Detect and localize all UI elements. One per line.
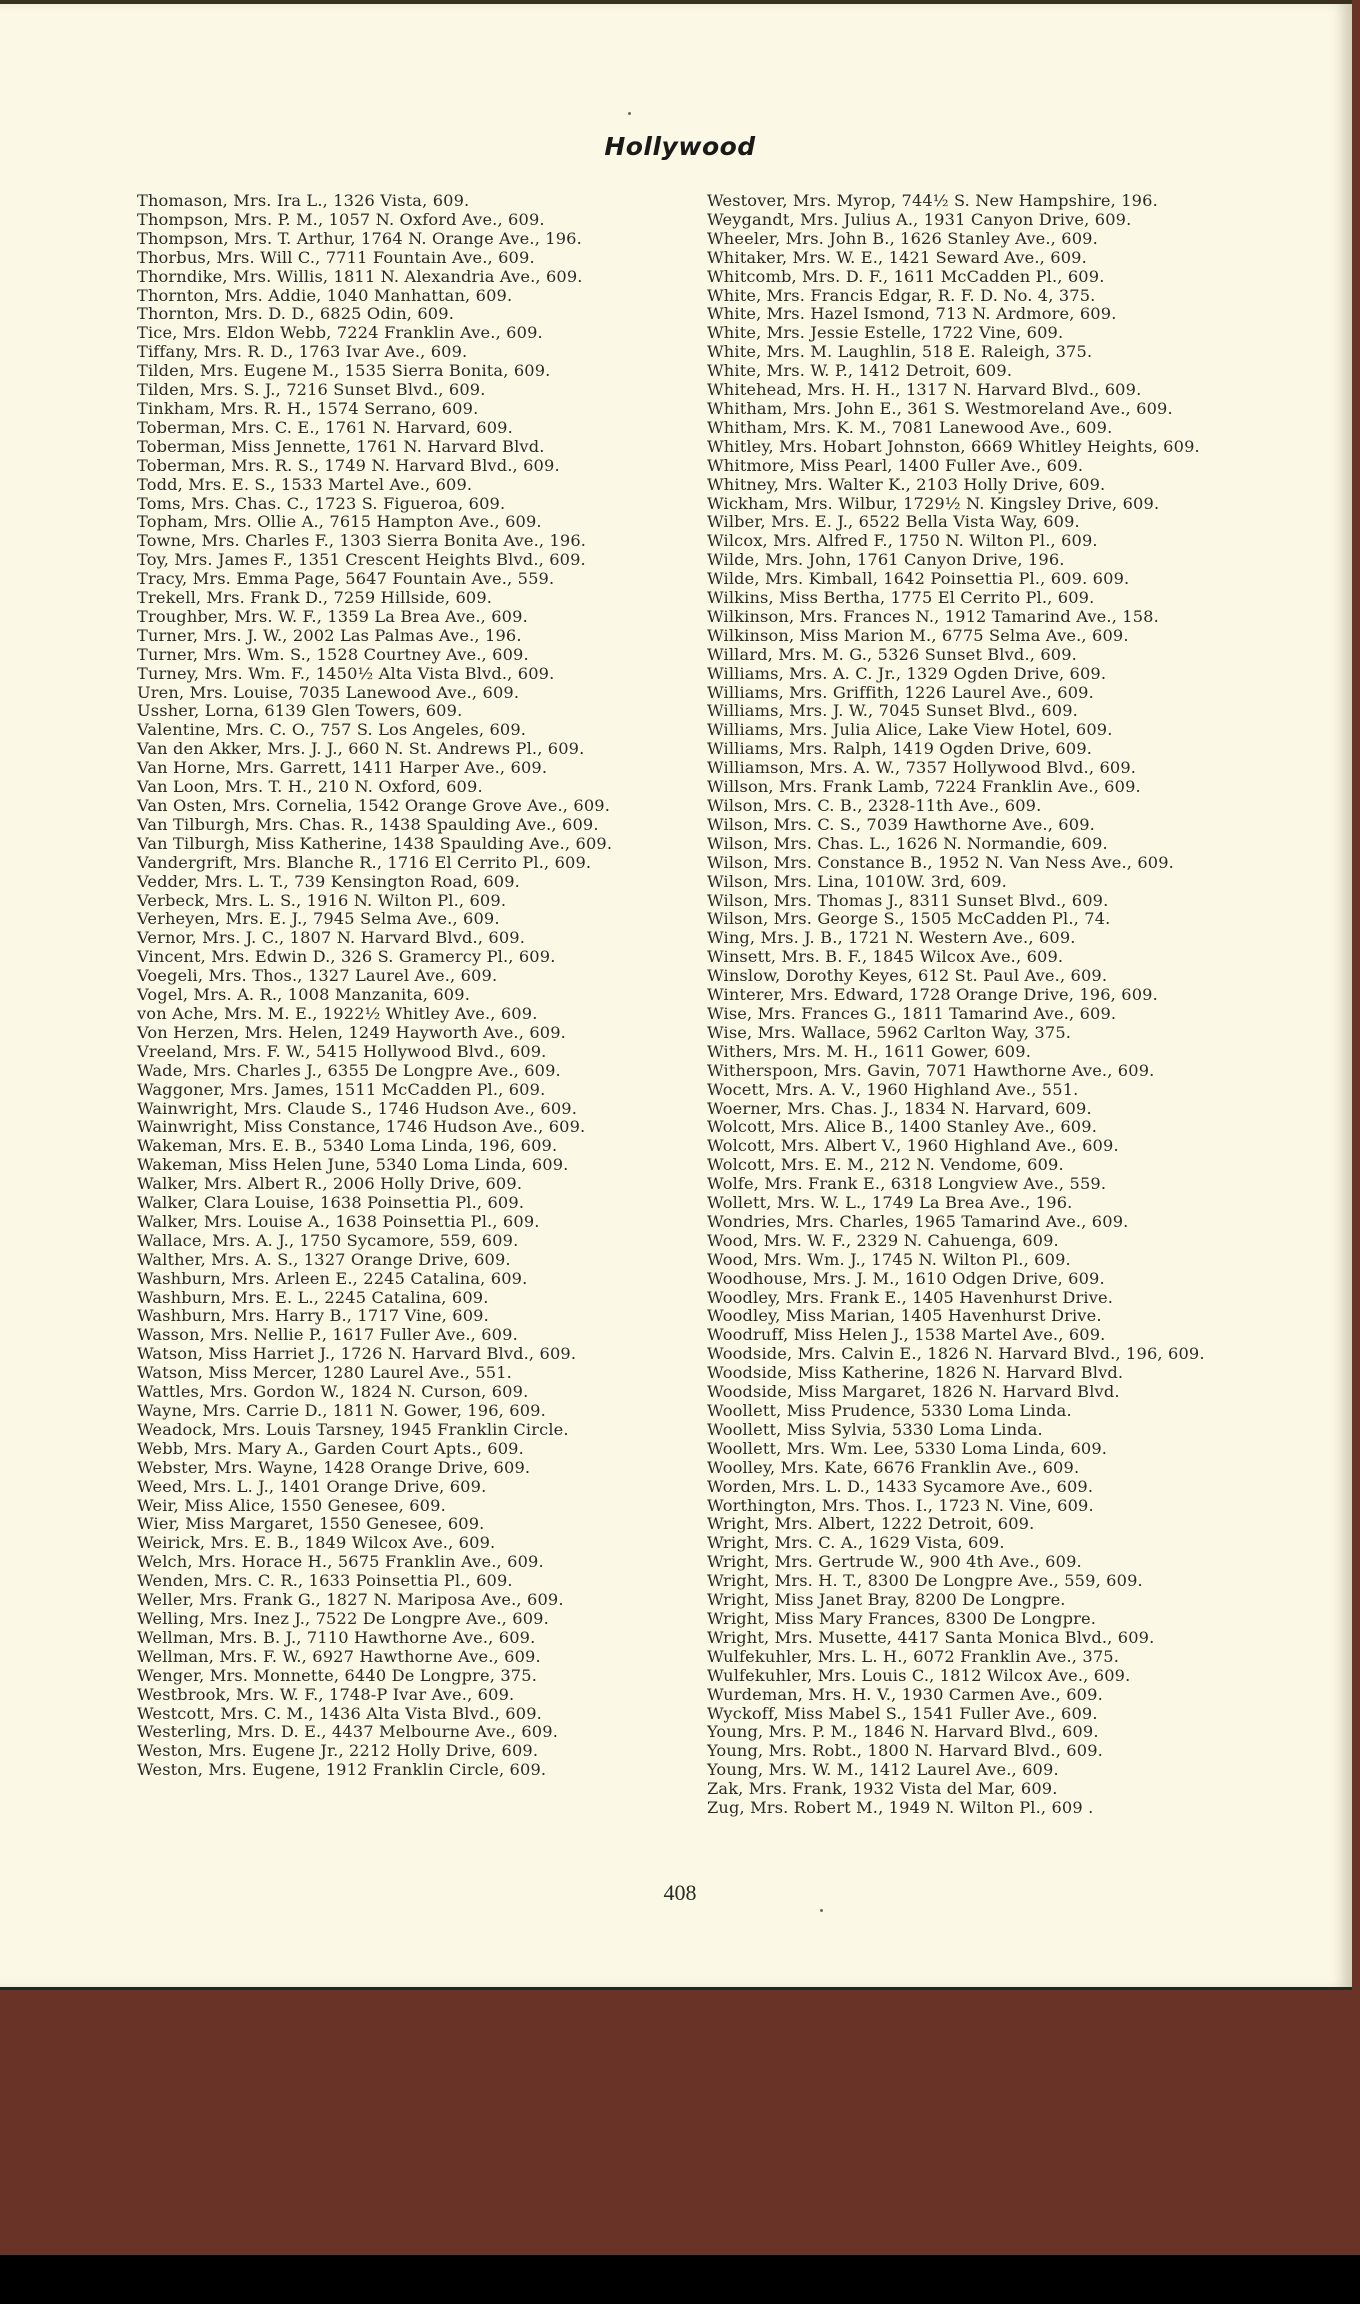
directory-entry: Zug, Mrs. Robert M., 1949 N. Wilton Pl.,… (707, 1799, 1252, 1818)
directory-entry: Tracy, Mrs. Emma Page, 5647 Fountain Ave… (137, 570, 687, 589)
directory-entry: Wise, Mrs. Frances G., 1811 Tamarind Ave… (707, 1005, 1252, 1024)
directory-entry: Wright, Mrs. Gertrude W., 900 4th Ave., … (707, 1553, 1252, 1572)
directory-entry: Winterer, Mrs. Edward, 1728 Orange Drive… (707, 986, 1252, 1005)
directory-entry: Toberman, Mrs. R. S., 1749 N. Harvard Bl… (137, 457, 687, 476)
directory-entry: Wilber, Mrs. E. J., 6522 Bella Vista Way… (707, 513, 1252, 532)
directory-entry: Wolfe, Mrs. Frank E., 6318 Longview Ave.… (707, 1175, 1252, 1194)
directory-entry: Wilson, Mrs. Lina, 1010W. 3rd, 609. (707, 873, 1252, 892)
directory-entry: Woodruff, Miss Helen J., 1538 Martel Ave… (707, 1326, 1252, 1345)
directory-entry: Webb, Mrs. Mary A., Garden Court Apts., … (137, 1440, 687, 1459)
directory-entry: Thompson, Mrs. P. M., 1057 N. Oxford Ave… (137, 211, 687, 230)
directory-entry: Wheeler, Mrs. John B., 1626 Stanley Ave.… (707, 230, 1252, 249)
directory-entry: Turner, Mrs. Wm. S., 1528 Courtney Ave.,… (137, 646, 687, 665)
directory-entry: Wilkins, Miss Bertha, 1775 El Cerrito Pl… (707, 589, 1252, 608)
directory-entry: Westerling, Mrs. D. E., 4437 Melbourne A… (137, 1723, 687, 1742)
directory-entry: Vogel, Mrs. A. R., 1008 Manzanita, 609. (137, 986, 687, 1005)
directory-entry: Trekell, Mrs. Frank D., 7259 Hillside, 6… (137, 589, 687, 608)
directory-entry: Woerner, Mrs. Chas. J., 1834 N. Harvard,… (707, 1100, 1252, 1119)
directory-entry: Williams, Mrs. Julia Alice, Lake View Ho… (707, 721, 1252, 740)
directory-entry: Wellman, Mrs. F. W., 6927 Hawthorne Ave.… (137, 1648, 687, 1667)
directory-entry: White, Mrs. Francis Edgar, R. F. D. No. … (707, 287, 1252, 306)
directory-entry: Wright, Mrs. H. T., 8300 De Longpre Ave.… (707, 1572, 1252, 1591)
directory-entry: Wright, Miss Janet Bray, 8200 De Longpre… (707, 1591, 1252, 1610)
directory-entry: Welch, Mrs. Horace H., 5675 Franklin Ave… (137, 1553, 687, 1572)
directory-entry: Young, Mrs. P. M., 1846 N. Harvard Blvd.… (707, 1723, 1252, 1742)
directory-entry: Verbeck, Mrs. L. S., 1916 N. Wilton Pl.,… (137, 892, 687, 911)
directory-entry: Woodhouse, Mrs. J. M., 1610 Odgen Drive,… (707, 1270, 1252, 1289)
directory-entry: Wellman, Mrs. B. J., 7110 Hawthorne Ave.… (137, 1629, 687, 1648)
directory-entry: Wocett, Mrs. A. V., 1960 Highland Ave., … (707, 1081, 1252, 1100)
directory-entry: Williams, Mrs. Ralph, 1419 Ogden Drive, … (707, 740, 1252, 759)
directory-entry: Waggoner, Mrs. James, 1511 McCadden Pl.,… (137, 1081, 687, 1100)
directory-entry: Weed, Mrs. L. J., 1401 Orange Drive, 609… (137, 1478, 687, 1497)
directory-entry: Weadock, Mrs. Louis Tarsney, 1945 Frankl… (137, 1421, 687, 1440)
directory-entry: Woollett, Miss Sylvia, 5330 Loma Linda. (707, 1421, 1252, 1440)
directory-entry: Willard, Mrs. M. G., 5326 Sunset Blvd., … (707, 646, 1252, 665)
directory-entry: Tice, Mrs. Eldon Webb, 7224 Franklin Ave… (137, 324, 687, 343)
directory-entry: Westover, Mrs. Myrop, 744½ S. New Hampsh… (707, 192, 1252, 211)
directory-entry: Wenden, Mrs. C. R., 1633 Poinsettia Pl.,… (137, 1572, 687, 1591)
directory-entry: Towne, Mrs. Charles F., 1303 Sierra Boni… (137, 532, 687, 551)
directory-entry: von Ache, Mrs. M. E., 1922½ Whitley Ave.… (137, 1005, 687, 1024)
directory-entry: Toberman, Miss Jennette, 1761 N. Harvard… (137, 438, 687, 457)
directory-entry: Valentine, Mrs. C. O., 757 S. Los Angele… (137, 721, 687, 740)
directory-entry: Wilcox, Mrs. Alfred F., 1750 N. Wilton P… (707, 532, 1252, 551)
directory-entry: Young, Mrs. W. M., 1412 Laurel Ave., 609… (707, 1761, 1252, 1780)
directory-entry: Woollett, Mrs. Wm. Lee, 5330 Loma Linda,… (707, 1440, 1252, 1459)
directory-entry: Thornton, Mrs. Addie, 1040 Manhattan, 60… (137, 287, 687, 306)
directory-entry: Woolley, Mrs. Kate, 6676 Franklin Ave., … (707, 1459, 1252, 1478)
directory-entry: Wattles, Mrs. Gordon W., 1824 N. Curson,… (137, 1383, 687, 1402)
directory-entry: Thorndike, Mrs. Willis, 1811 N. Alexandr… (137, 268, 687, 287)
directory-entry: Uren, Mrs. Louise, 7035 Lanewood Ave., 6… (137, 684, 687, 703)
directory-entry: Vedder, Mrs. L. T., 739 Kensington Road,… (137, 873, 687, 892)
directory-entry: Washburn, Mrs. Arleen E., 2245 Catalina,… (137, 1270, 687, 1289)
directory-entry: Whitley, Mrs. Hobart Johnston, 6669 Whit… (707, 438, 1252, 457)
directory-entry: Watson, Miss Harriet J., 1726 N. Harvard… (137, 1345, 687, 1364)
directory-entry: Weygandt, Mrs. Julius A., 1931 Canyon Dr… (707, 211, 1252, 230)
directory-entry: Tilden, Mrs. Eugene M., 1535 Sierra Boni… (137, 362, 687, 381)
directory-entry: Willson, Mrs. Frank Lamb, 7224 Franklin … (707, 778, 1252, 797)
directory-entry: Van Loon, Mrs. T. H., 210 N. Oxford, 609… (137, 778, 687, 797)
directory-entry: Woodside, Mrs. Calvin E., 1826 N. Harvar… (707, 1345, 1252, 1364)
directory-entry: Thompson, Mrs. T. Arthur, 1764 N. Orange… (137, 230, 687, 249)
directory-entry: Whitney, Mrs. Walter K., 2103 Holly Driv… (707, 476, 1252, 495)
directory-entry: Wright, Miss Mary Frances, 8300 De Longp… (707, 1610, 1252, 1629)
directory-entry: Thornton, Mrs. D. D., 6825 Odin, 609. (137, 305, 687, 324)
directory-entry: Worden, Mrs. L. D., 1433 Sycamore Ave., … (707, 1478, 1252, 1497)
directory-entry: Whitcomb, Mrs. D. F., 1611 McCadden Pl.,… (707, 268, 1252, 287)
directory-entry: Van Horne, Mrs. Garrett, 1411 Harper Ave… (137, 759, 687, 778)
directory-entry: Woodley, Mrs. Frank E., 1405 Havenhurst … (707, 1289, 1252, 1308)
directory-entry: Wade, Mrs. Charles J., 6355 De Longpre A… (137, 1062, 687, 1081)
directory-entry: Whitaker, Mrs. W. E., 1421 Seward Ave., … (707, 249, 1252, 268)
directory-entry: Wolcott, Mrs. Alice B., 1400 Stanley Ave… (707, 1118, 1252, 1137)
directory-entry: Weller, Mrs. Frank G., 1827 N. Mariposa … (137, 1591, 687, 1610)
directory-entry: Webster, Mrs. Wayne, 1428 Orange Drive, … (137, 1459, 687, 1478)
directory-entry: Withers, Mrs. M. H., 1611 Gower, 609. (707, 1043, 1252, 1062)
directory-entry: Young, Mrs. Robt., 1800 N. Harvard Blvd.… (707, 1742, 1252, 1761)
directory-entry: Weston, Mrs. Eugene Jr., 2212 Holly Driv… (137, 1742, 687, 1761)
directory-entry: Wilson, Mrs. Thomas J., 8311 Sunset Blvd… (707, 892, 1252, 911)
directory-entry: Wayne, Mrs. Carrie D., 1811 N. Gower, 19… (137, 1402, 687, 1421)
directory-entry: Woollett, Miss Prudence, 5330 Loma Linda… (707, 1402, 1252, 1421)
directory-entry: Wasson, Mrs. Nellie P., 1617 Fuller Ave.… (137, 1326, 687, 1345)
ink-speck (628, 112, 631, 115)
directory-entry: Wood, Mrs. Wm. J., 1745 N. Wilton Pl., 6… (707, 1251, 1252, 1270)
directory-entry: Tilden, Mrs. S. J., 7216 Sunset Blvd., 6… (137, 381, 687, 400)
directory-entry: Todd, Mrs. E. S., 1533 Martel Ave., 609. (137, 476, 687, 495)
directory-entry: Walker, Mrs. Louise A., 1638 Poinsettia … (137, 1213, 687, 1232)
directory-entry: Wood, Mrs. W. F., 2329 N. Cahuenga, 609. (707, 1232, 1252, 1251)
directory-entry: Woodside, Miss Katherine, 1826 N. Harvar… (707, 1364, 1252, 1383)
directory-entry: Von Herzen, Mrs. Helen, 1249 Hayworth Av… (137, 1024, 687, 1043)
directory-column-left: Thomason, Mrs. Ira L., 1326 Vista, 609.T… (137, 192, 687, 1780)
directory-entry: Whitham, Mrs. K. M., 7081 Lanewood Ave.,… (707, 419, 1252, 438)
directory-entry: Wright, Mrs. Albert, 1222 Detroit, 609. (707, 1515, 1252, 1534)
directory-column-right: Westover, Mrs. Myrop, 744½ S. New Hampsh… (707, 192, 1252, 1818)
directory-entry: Voegeli, Mrs. Thos., 1327 Laurel Ave., 6… (137, 967, 687, 986)
directory-entry: Turner, Mrs. J. W., 2002 Las Palmas Ave.… (137, 627, 687, 646)
directory-entry: Van Tilburgh, Miss Katherine, 1438 Spaul… (137, 835, 687, 854)
directory-entry: Wainwright, Mrs. Claude S., 1746 Hudson … (137, 1100, 687, 1119)
directory-entry: Wondries, Mrs. Charles, 1965 Tamarind Av… (707, 1213, 1252, 1232)
directory-entry: Whitehead, Mrs. H. H., 1317 N. Harvard B… (707, 381, 1252, 400)
page-title: Hollywood (0, 132, 1360, 161)
directory-entry: Weston, Mrs. Eugene, 1912 Franklin Circl… (137, 1761, 687, 1780)
directory-entry: Wainwright, Miss Constance, 1746 Hudson … (137, 1118, 687, 1137)
directory-entry: Walther, Mrs. A. S., 1327 Orange Drive, … (137, 1251, 687, 1270)
directory-entry: Troughber, Mrs. W. F., 1359 La Brea Ave.… (137, 608, 687, 627)
directory-entry: Wilson, Mrs. C. S., 7039 Hawthorne Ave.,… (707, 816, 1252, 835)
directory-entry: Tiffany, Mrs. R. D., 1763 Ivar Ave., 609… (137, 343, 687, 362)
page-number: 408 (0, 1880, 1360, 1906)
directory-entry: Wickham, Mrs. Wilbur, 1729½ N. Kingsley … (707, 495, 1252, 514)
directory-entry: Watson, Miss Mercer, 1280 Laurel Ave., 5… (137, 1364, 687, 1383)
directory-entry: Wise, Mrs. Wallace, 5962 Carlton Way, 37… (707, 1024, 1252, 1043)
ink-speck (820, 1909, 823, 1912)
directory-entry: Topham, Mrs. Ollie A., 7615 Hampton Ave.… (137, 513, 687, 532)
directory-entry: Wier, Miss Margaret, 1550 Genesee, 609. (137, 1515, 687, 1534)
directory-entry: Witherspoon, Mrs. Gavin, 7071 Hawthorne … (707, 1062, 1252, 1081)
directory-entry: Weir, Miss Alice, 1550 Genesee, 609. (137, 1497, 687, 1516)
directory-entry: Whitham, Mrs. John E., 361 S. Westmorela… (707, 400, 1252, 419)
directory-entry: Wilson, Mrs. George S., 1505 McCadden Pl… (707, 910, 1252, 929)
directory-entry: Wulfekuhler, Mrs. L. H., 6072 Franklin A… (707, 1648, 1252, 1667)
directory-entry: Ussher, Lorna, 6139 Glen Towers, 609. (137, 702, 687, 721)
directory-entry: Woodside, Miss Margaret, 1826 N. Harvard… (707, 1383, 1252, 1402)
directory-entry: Welling, Mrs. Inez J., 7522 De Longpre A… (137, 1610, 687, 1629)
directory-entry: Woodley, Miss Marian, 1405 Havenhurst Dr… (707, 1307, 1252, 1326)
directory-entry: Washburn, Mrs. Harry B., 1717 Vine, 609. (137, 1307, 687, 1326)
directory-entry: Toy, Mrs. James F., 1351 Crescent Height… (137, 551, 687, 570)
directory-entry: White, Mrs. Hazel Ismond, 713 N. Ardmore… (707, 305, 1252, 324)
directory-entry: Van Tilburgh, Mrs. Chas. R., 1438 Spauld… (137, 816, 687, 835)
directory-entry: Worthington, Mrs. Thos. I., 1723 N. Vine… (707, 1497, 1252, 1516)
directory-entry: Vincent, Mrs. Edwin D., 326 S. Gramercy … (137, 948, 687, 967)
directory-entry: Williams, Mrs. Griffith, 1226 Laurel Ave… (707, 684, 1252, 703)
directory-entry: Vandergrift, Mrs. Blanche R., 1716 El Ce… (137, 854, 687, 873)
directory-entry: White, Mrs. M. Laughlin, 518 E. Raleigh,… (707, 343, 1252, 362)
directory-entry: Zak, Mrs. Frank, 1932 Vista del Mar, 609… (707, 1780, 1252, 1799)
directory-entry: White, Mrs. W. P., 1412 Detroit, 609. (707, 362, 1252, 381)
directory-entry: Williams, Mrs. A. C. Jr., 1329 Ogden Dri… (707, 665, 1252, 684)
directory-entry: Toms, Mrs. Chas. C., 1723 S. Figueroa, 6… (137, 495, 687, 514)
directory-entry: Westcott, Mrs. C. M., 1436 Alta Vista Bl… (137, 1705, 687, 1724)
directory-entry: Wallace, Mrs. A. J., 1750 Sycamore, 559,… (137, 1232, 687, 1251)
directory-entry: Turney, Mrs. Wm. F., 1450½ Alta Vista Bl… (137, 665, 687, 684)
directory-entry: Van den Akker, Mrs. J. J., 660 N. St. An… (137, 740, 687, 759)
directory-entry: Wakeman, Miss Helen June, 5340 Loma Lind… (137, 1156, 687, 1175)
directory-entry: Weirick, Mrs. E. B., 1849 Wilcox Ave., 6… (137, 1534, 687, 1553)
directory-entry: Whitmore, Miss Pearl, 1400 Fuller Ave., … (707, 457, 1252, 476)
directory-entry: White, Mrs. Jessie Estelle, 1722 Vine, 6… (707, 324, 1252, 343)
directory-entry: Wolcott, Mrs. E. M., 212 N. Vendome, 609… (707, 1156, 1252, 1175)
directory-entry: Winslow, Dorothy Keyes, 612 St. Paul Ave… (707, 967, 1252, 986)
directory-entry: Williamson, Mrs. A. W., 7357 Hollywood B… (707, 759, 1252, 778)
directory-entry: Vreeland, Mrs. F. W., 5415 Hollywood Blv… (137, 1043, 687, 1062)
directory-entry: Wulfekuhler, Mrs. Louis C., 1812 Wilcox … (707, 1667, 1252, 1686)
directory-entry: Wilde, Mrs. John, 1761 Canyon Drive, 196… (707, 551, 1252, 570)
directory-entry: Walker, Clara Louise, 1638 Poinsettia Pl… (137, 1194, 687, 1213)
directory-entry: Wilson, Mrs. C. B., 2328-11th Ave., 609. (707, 797, 1252, 816)
directory-entry: Wakeman, Mrs. E. B., 5340 Loma Linda, 19… (137, 1137, 687, 1156)
directory-entry: Van Osten, Mrs. Cornelia, 1542 Orange Gr… (137, 797, 687, 816)
directory-entry: Vernor, Mrs. J. C., 1807 N. Harvard Blvd… (137, 929, 687, 948)
directory-entry: Tinkham, Mrs. R. H., 1574 Serrano, 609. (137, 400, 687, 419)
directory-entry: Wright, Mrs. C. A., 1629 Vista, 609. (707, 1534, 1252, 1553)
directory-entry: Williams, Mrs. J. W., 7045 Sunset Blvd.,… (707, 702, 1252, 721)
directory-entry: Wilde, Mrs. Kimball, 1642 Poinsettia Pl.… (707, 570, 1252, 589)
directory-entry: Westbrook, Mrs. W. F., 1748-P Ivar Ave.,… (137, 1686, 687, 1705)
directory-entry: Wilson, Mrs. Chas. L., 1626 N. Normandie… (707, 835, 1252, 854)
directory-entry: Wyckoff, Miss Mabel S., 1541 Fuller Ave.… (707, 1705, 1252, 1724)
directory-entry: Wollett, Mrs. W. L., 1749 La Brea Ave., … (707, 1194, 1252, 1213)
directory-entry: Thorbus, Mrs. Will C., 7711 Fountain Ave… (137, 249, 687, 268)
directory-entry: Wurdeman, Mrs. H. V., 1930 Carmen Ave., … (707, 1686, 1252, 1705)
directory-entry: Wenger, Mrs. Monnette, 6440 De Longpre, … (137, 1667, 687, 1686)
directory-entry: Washburn, Mrs. E. L., 2245 Catalina, 609… (137, 1289, 687, 1308)
directory-entry: Wilkinson, Mrs. Frances N., 1912 Tamarin… (707, 608, 1252, 627)
directory-entry: Wilson, Mrs. Constance B., 1952 N. Van N… (707, 854, 1252, 873)
directory-entry: Verheyen, Mrs. E. J., 7945 Selma Ave., 6… (137, 910, 687, 929)
directory-entry: Wolcott, Mrs. Albert V., 1960 Highland A… (707, 1137, 1252, 1156)
directory-entry: Toberman, Mrs. C. E., 1761 N. Harvard, 6… (137, 419, 687, 438)
directory-entry: Wilkinson, Miss Marion M., 6775 Selma Av… (707, 627, 1252, 646)
directory-entry: Walker, Mrs. Albert R., 2006 Holly Drive… (137, 1175, 687, 1194)
directory-entry: Winsett, Mrs. B. F., 1845 Wilcox Ave., 6… (707, 948, 1252, 967)
directory-entry: Wing, Mrs. J. B., 1721 N. Western Ave., … (707, 929, 1252, 948)
directory-entry: Wright, Mrs. Musette, 4417 Santa Monica … (707, 1629, 1252, 1648)
directory-entry: Thomason, Mrs. Ira L., 1326 Vista, 609. (137, 192, 687, 211)
